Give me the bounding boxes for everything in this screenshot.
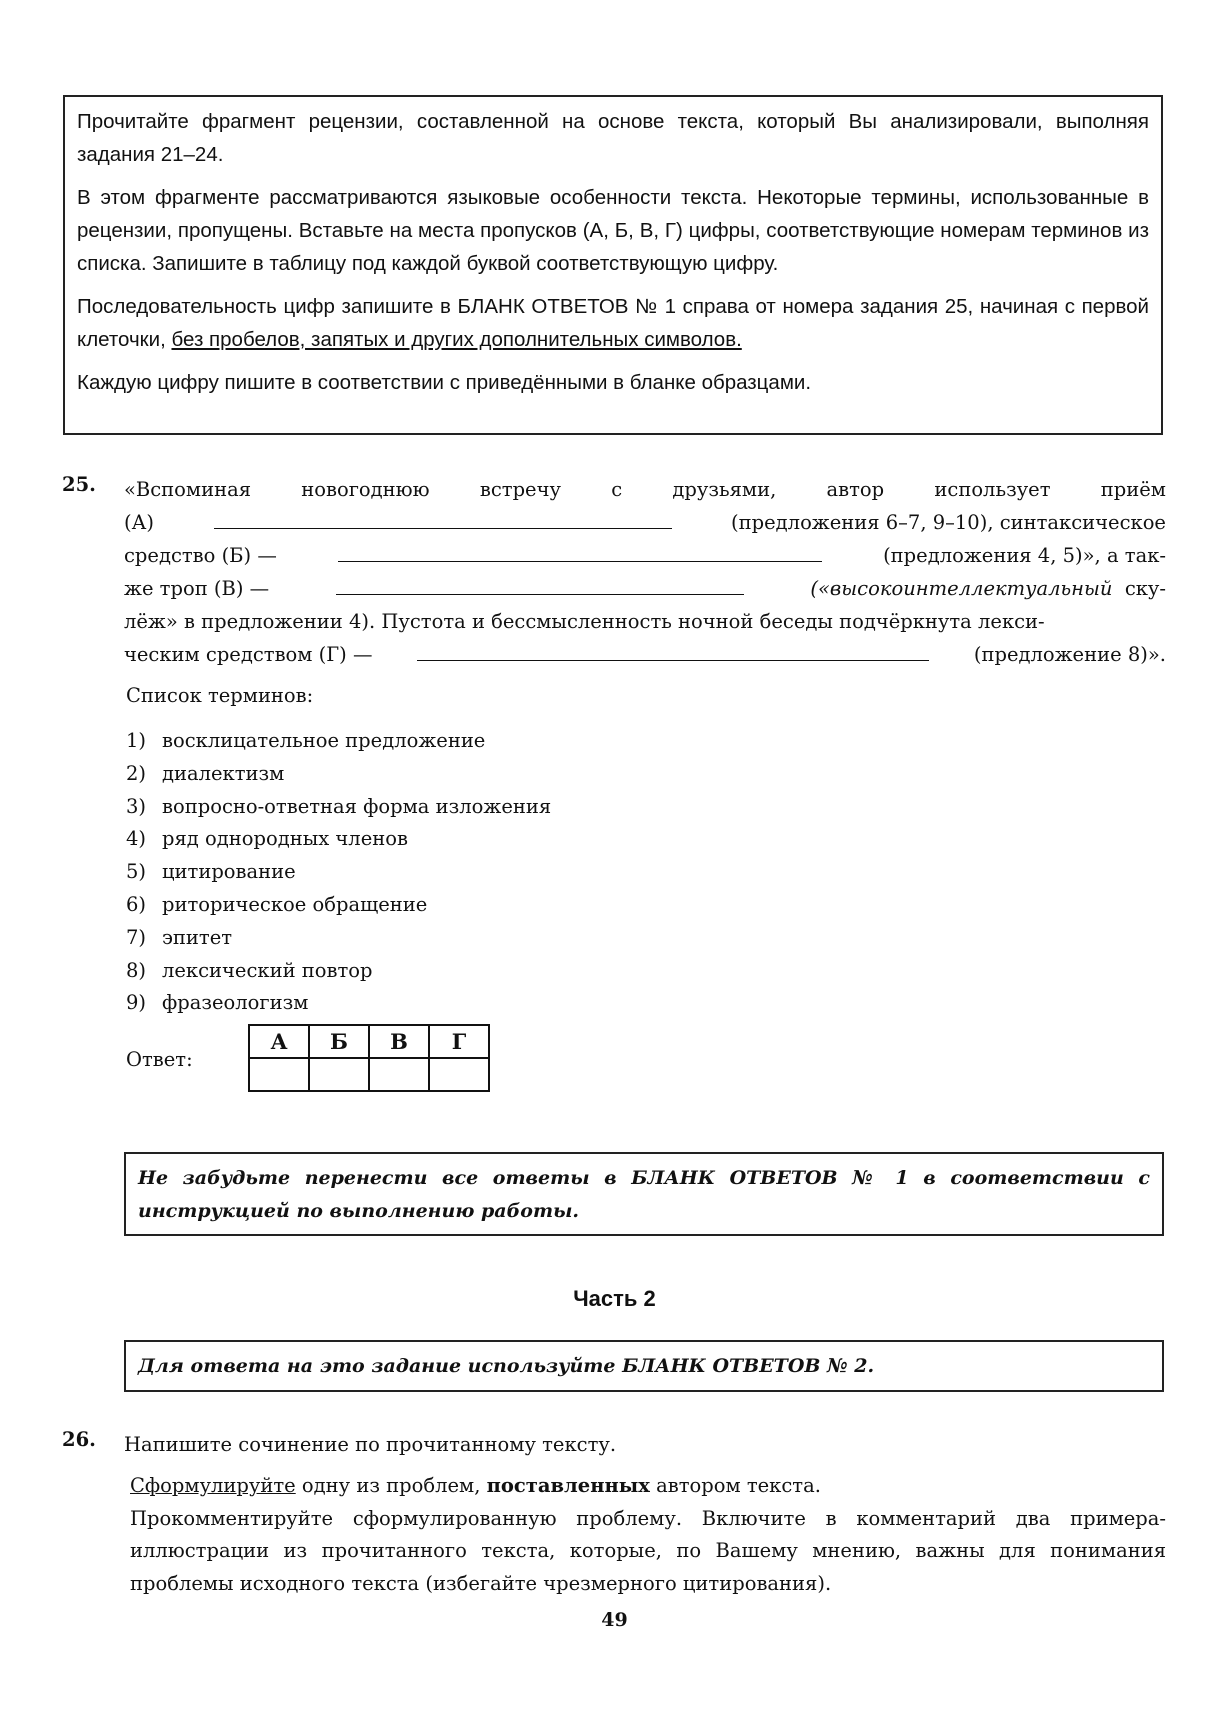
text: одну из проблем, [296,1474,487,1497]
task-number: 25. [62,473,96,496]
term-label: ряд однородных членов [162,827,408,850]
blank-v[interactable] [336,574,744,595]
terms-title: Список терминов: [126,684,313,707]
text: (предложения 4, 5)», а так- [883,539,1166,572]
reminder-box: Не забудьте перенести все ответы в БЛАНК… [124,1152,1164,1236]
answer-cell-b[interactable] [309,1058,369,1091]
term-number: 2) [126,758,162,791]
task-25-line-3: средство (Б) — (предложения 4, 5)», а та… [124,539,1166,572]
instructions-p3-underlined: без пробелов, запятых и других дополните… [171,328,741,351]
text: (предложение 8)». [974,638,1166,671]
task-25-text: «Вспоминая новогоднюю встречу с друзьями… [124,473,1166,671]
word: новогоднюю [301,473,429,506]
word: «Вспоминая [124,473,251,506]
formulate-underlined: Сформулируйте [130,1474,296,1497]
task-26-paragraph-3: Прокомментируйте сформулированную пробле… [130,1503,1166,1601]
task-25-line-4: же троп (В) — («высокоинтеллектуальный с… [124,572,1166,605]
list-item: 3)вопросно-ответная форма изложения [126,791,551,824]
answer-table: А Б В Г [248,1024,490,1092]
blank-a[interactable] [214,508,672,529]
list-item: 6)риторическое обращение [126,889,551,922]
blank-label-v: же троп (В) — [124,572,269,605]
term-number: 8) [126,955,162,988]
word: автор [827,473,885,506]
list-item: 7)эпитет [126,922,551,955]
text: (предложения 6–7, 9–10), синтаксическое [731,506,1166,539]
word: встречу [480,473,561,506]
term-label: риторическое обращение [162,893,427,916]
word: с [611,473,622,506]
blank-label-g: ческим средством (Г) — [124,638,372,671]
term-number: 1) [126,725,162,758]
term-label: цитирование [162,860,296,883]
answer-cell-a[interactable] [249,1058,309,1091]
part-2-note-box: Для ответа на это задание используйте БЛ… [124,1340,1164,1392]
list-item: 9)фразеологизм [126,987,551,1020]
terms-list: 1)восклицательное предложение 2)диалекти… [126,725,551,1020]
text: автором текста. [650,1474,821,1497]
term-number: 5) [126,856,162,889]
term-label: восклицательное предложение [162,729,485,752]
task-25-line-6: ческим средством (Г) — (предложение 8)». [124,638,1166,671]
term-label: вопросно-ответная форма изложения [162,795,551,818]
blank-g[interactable] [417,640,929,661]
word: использует [934,473,1050,506]
blank-label-b: средство (Б) — [124,539,277,572]
task-26-line-1: Напишите сочинение по прочитанному текст… [124,1428,1166,1461]
term-label: фразеологизм [162,991,308,1014]
answer-header-g: Г [429,1025,489,1058]
term-number: 7) [126,922,162,955]
text: («высокоинтеллектуальный ску- [810,572,1166,605]
answer-value-row [249,1058,489,1091]
list-item: 8)лексический повтор [126,955,551,988]
task-25-line-2: (А) (предложения 6–7, 9–10), синтаксичес… [124,506,1166,539]
answer-header-b: Б [309,1025,369,1058]
part-2-title: Часть 2 [0,1286,1229,1312]
list-item: 1)восклицательное предложение [126,725,551,758]
text: лёж» в предложении 4). Пустота и бессмыс… [124,605,1045,638]
task-26-intro: Напишите сочинение по прочитанному текст… [124,1428,1166,1461]
task-26-paragraph-2: Сформулируйте одну из проблем, поставлен… [130,1470,1166,1503]
blank-b[interactable] [338,541,822,562]
posed-bold: поставленных [487,1474,650,1497]
list-item: 4)ряд однородных членов [126,823,551,856]
instructions-box: Прочитайте фрагмент рецензии, составленн… [63,95,1163,435]
term-label: эпитет [162,926,232,949]
term-label: диалектизм [162,762,284,785]
instructions-paragraph-2: В этом фрагменте рассматриваются языковы… [77,181,1149,280]
answer-header-row: А Б В Г [249,1025,489,1058]
term-number: 4) [126,823,162,856]
answer-header-a: А [249,1025,309,1058]
quoted-epithet: («высокоинтеллектуальный [810,577,1112,600]
instructions-paragraph-3: Последовательность цифр запишите в БЛАНК… [77,290,1149,356]
task-number: 26. [62,1428,96,1451]
list-item: 2)диалектизм [126,758,551,791]
task-25-line-5: лёж» в предложении 4). Пустота и бессмыс… [124,605,1166,638]
term-number: 6) [126,889,162,922]
term-label: лексический повтор [162,959,373,982]
term-number: 3) [126,791,162,824]
word: друзьями, [672,473,776,506]
word: приём [1101,473,1166,506]
text: ску- [1125,577,1166,600]
list-item: 5)цитирование [126,856,551,889]
page-number: 49 [0,1609,1229,1631]
instructions-paragraph-4: Каждую цифру пишите в соответствии с при… [77,366,1149,399]
answer-cell-g[interactable] [429,1058,489,1091]
blank-label-a: (А) [124,506,154,539]
instructions-paragraph-1: Прочитайте фрагмент рецензии, составленн… [77,105,1149,171]
answer-cell-v[interactable] [369,1058,429,1091]
term-number: 9) [126,987,162,1020]
answer-label: Ответ: [126,1048,193,1071]
task-26-instructions: Сформулируйте одну из проблем, поставлен… [130,1470,1166,1600]
task-25-line-1: «Вспоминая новогоднюю встречу с друзьями… [124,473,1166,506]
answer-header-v: В [369,1025,429,1058]
